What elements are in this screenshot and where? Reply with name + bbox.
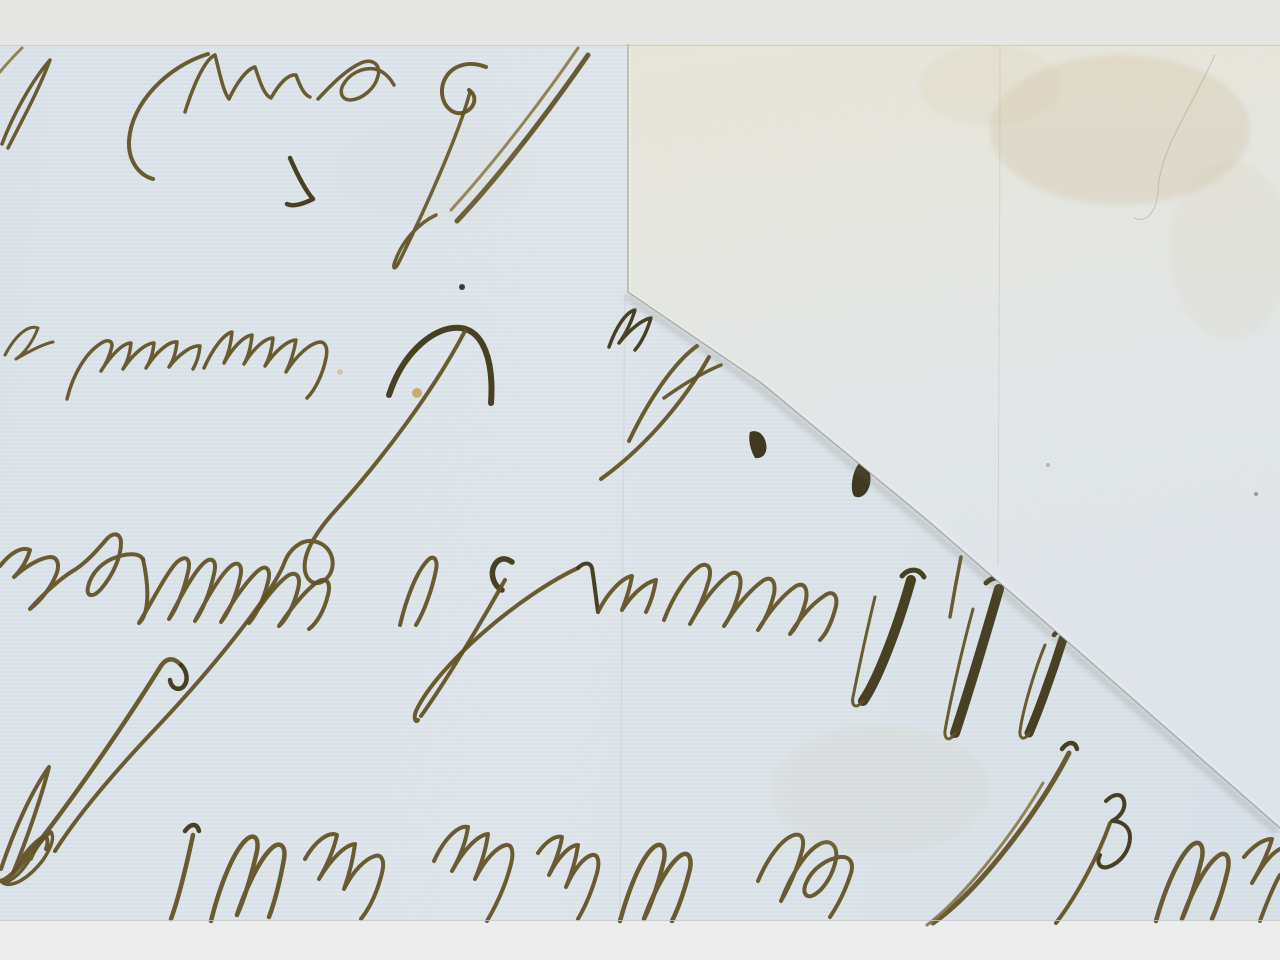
manuscript-photo bbox=[0, 0, 1280, 960]
manuscript-art-layer bbox=[0, 0, 1280, 960]
photo-grain-overlay bbox=[0, 0, 1280, 960]
